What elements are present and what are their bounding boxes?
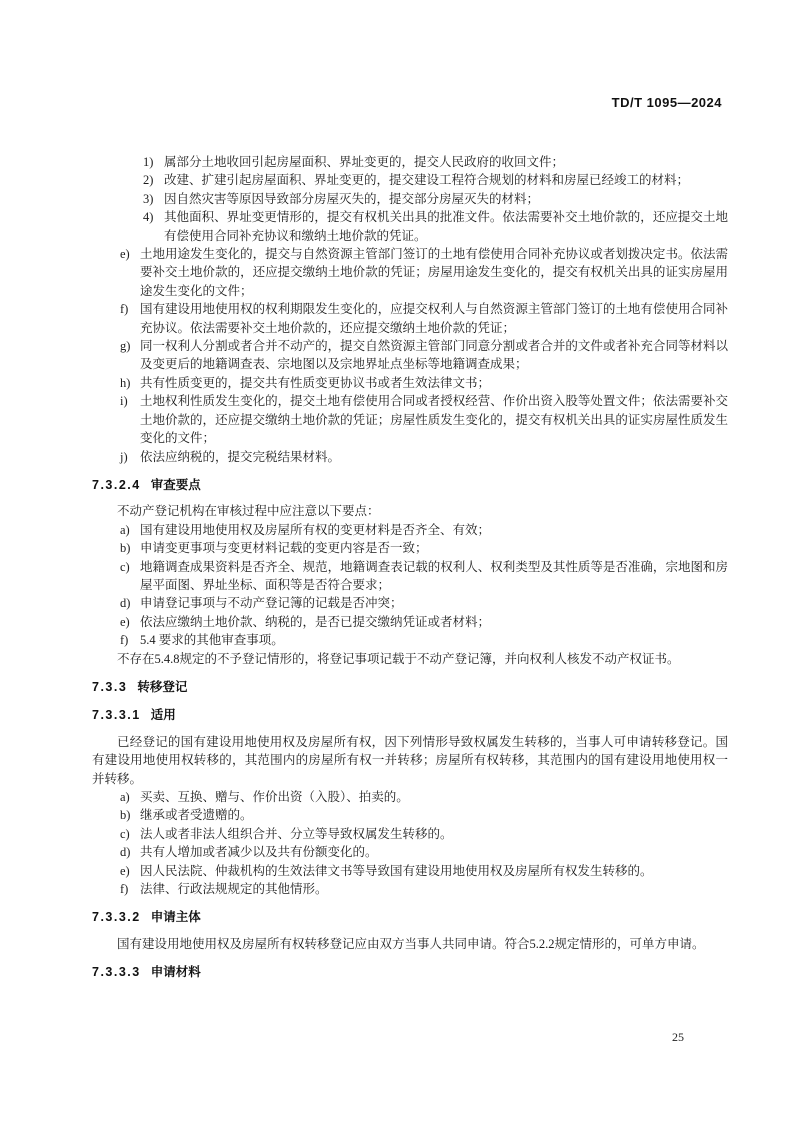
- list-item: j)依法应纳税的，提交完税结果材料。: [92, 448, 728, 466]
- list-item-text: 国有建设用地使用权及房屋所有权的变更材料是否齐全、有效；: [140, 523, 490, 537]
- paragraph: 国有建设用地使用权及房屋所有权转移登记应由双方当事人共同申请。符合5.2.2规定…: [92, 935, 728, 953]
- list-item-text: 法人或者非法人组织合并、分立等导致权属发生转移的。: [140, 827, 453, 841]
- list-item-text: 因人民法院、仲裁机构的生效法律文书等导致国有建设用地使用权及房屋所有权发生转移的…: [140, 864, 653, 878]
- list-item-label: 4): [143, 208, 153, 226]
- list-item-label: a): [120, 788, 130, 806]
- list-item: f)国有建设用地使用权的权利期限发生变化的，应提交权利人与自然资源主管部门签订的…: [92, 300, 728, 337]
- list-item: g)同一权利人分割或者合并不动产的，提交自然资源主管部门同意分割或者合并的文件或…: [92, 337, 728, 374]
- list-item: b)申请变更事项与变更材料记载的变更内容是否一致；: [92, 539, 728, 557]
- list-item-label: c): [120, 825, 130, 843]
- list-item-text: 属部分土地收回引起房屋面积、界址变更的，提交人民政府的收回文件；: [164, 155, 564, 169]
- section-number: 7.3.3.1: [92, 708, 141, 722]
- list-item-text: 地籍调查成果资料是否齐全、规范，地籍调查表记载的权利人、权利类型及其性质等是否准…: [140, 560, 728, 592]
- list-item-label: 3): [143, 190, 153, 208]
- list-item: f)法律、行政法规规定的其他情形。: [92, 880, 728, 898]
- list-item-label: f): [120, 300, 128, 318]
- doc-code: TD/T 1095—2024: [612, 95, 722, 110]
- list-item: f)5.4 要求的其他审查事项。: [92, 631, 728, 649]
- list-item: 4)其他面积、界址变更情形的，提交有权机关出具的批准文件。依法需要补交土地价款的…: [92, 208, 728, 245]
- list-item-label: j): [120, 448, 128, 466]
- list-item: e)依法应缴纳土地价款、纳税的，是否已提交缴纳凭证或者材料；: [92, 613, 728, 631]
- paragraph: 不动产登记机构在审核过程中应注意以下要点：: [92, 502, 728, 520]
- list-item: c)地籍调查成果资料是否齐全、规范，地籍调查表记载的权利人、权利类型及其性质等是…: [92, 558, 728, 595]
- list-item-text: 依法应纳税的，提交完税结果材料。: [140, 450, 340, 464]
- section-number: 7.3.3.3: [92, 965, 141, 979]
- list-item-label: 1): [143, 153, 153, 171]
- list-item: d)共有人增加或者减少以及共有份额变化的。: [92, 843, 728, 861]
- list-item-text: 共有性质变更的，提交共有性质变更协议书或者生效法律文书；: [140, 376, 490, 390]
- list-item-text: 土地用途发生变化的，提交与自然资源主管部门签订的土地有偿使用合同补充协议或者划拨…: [140, 247, 728, 298]
- list-item-text: 土地权利性质发生变化的，提交土地有偿使用合同或者授权经营、作价出资入股等处置文件…: [140, 394, 728, 445]
- section-title: 审查要点: [151, 478, 201, 492]
- list-item-text: 依法应缴纳土地价款、纳税的，是否已提交缴纳凭证或者材料；: [140, 615, 490, 629]
- list-item-text: 申请登记事项与不动产登记簿的记载是否冲突；: [140, 596, 403, 610]
- list-item: 3)因自然灾害等原因导致部分房屋灭失的，提交部分房屋灭失的材料；: [92, 190, 728, 208]
- list-item: d)申请登记事项与不动产登记簿的记载是否冲突；: [92, 594, 728, 612]
- section-number: 7.3.2.4: [92, 478, 141, 492]
- list-item: 1)属部分土地收回引起房屋面积、界址变更的，提交人民政府的收回文件；: [92, 153, 728, 171]
- list-item-label: b): [120, 539, 130, 557]
- list-item-label: e): [120, 613, 130, 631]
- list-item-text: 共有人增加或者减少以及共有份额变化的。: [140, 845, 378, 859]
- list-item-label: 2): [143, 171, 153, 189]
- list-item: a)国有建设用地使用权及房屋所有权的变更材料是否齐全、有效；: [92, 521, 728, 539]
- list-item: b)继承或者受遗赠的。: [92, 806, 728, 824]
- list-item-label: h): [120, 374, 130, 392]
- list-item-label: d): [120, 843, 130, 861]
- list-item-text: 法律、行政法规规定的其他情形。: [140, 882, 328, 896]
- list-item-label: g): [120, 337, 130, 355]
- list-item-text: 买卖、互换、赠与、作价出资（入股）、拍卖的。: [140, 790, 409, 804]
- list-item-text: 因自然灾害等原因导致部分房屋灭失的，提交部分房屋灭失的材料；: [164, 192, 539, 206]
- section-heading: 7.3.3.3申请材料: [92, 963, 728, 981]
- list-item-label: f): [120, 880, 128, 898]
- list-item: c)法人或者非法人组织合并、分立等导致权属发生转移的。: [92, 825, 728, 843]
- list-item: e)土地用途发生变化的，提交与自然资源主管部门签订的土地有偿使用合同补充协议或者…: [92, 245, 728, 300]
- list-item-text: 改建、扩建引起房屋面积、界址变更的，提交建设工程符合规划的材料和房屋已经竣工的材…: [164, 173, 689, 187]
- section-heading: 7.3.3.1适用: [92, 706, 728, 724]
- list-item: a)买卖、互换、赠与、作价出资（入股）、拍卖的。: [92, 788, 728, 806]
- list-item-text: 国有建设用地使用权的权利期限发生变化的，应提交权利人与自然资源主管部门签订的土地…: [140, 302, 728, 334]
- list-item-text: 其他面积、界址变更情形的，提交有权机关出具的批准文件。依法需要补交土地价款的，还…: [164, 210, 728, 242]
- section-title: 转移登记: [137, 680, 187, 694]
- list-item-text: 继承或者受遗赠的。: [140, 808, 253, 822]
- section-title: 适用: [151, 708, 176, 722]
- list-item: h)共有性质变更的，提交共有性质变更协议书或者生效法律文书；: [92, 374, 728, 392]
- list-item-label: i): [120, 392, 128, 410]
- list-item-label: d): [120, 594, 130, 612]
- list-item-label: e): [120, 245, 130, 263]
- list-item-text: 5.4 要求的其他审查事项。: [140, 633, 284, 647]
- list-item-text: 同一权利人分割或者合并不动产的，提交自然资源主管部门同意分割或者合并的文件或者补…: [140, 339, 728, 371]
- section-heading: 7.3.3转移登记: [92, 678, 728, 696]
- section-number: 7.3.3.2: [92, 910, 141, 924]
- list-item: i)土地权利性质发生变化的，提交土地有偿使用合同或者授权经营、作价出资入股等处置…: [92, 392, 728, 447]
- list-item-label: a): [120, 521, 130, 539]
- section-number: 7.3.3: [92, 680, 127, 694]
- list-item: 2)改建、扩建引起房屋面积、界址变更的，提交建设工程符合规划的材料和房屋已经竣工…: [92, 171, 728, 189]
- list-item: e)因人民法院、仲裁机构的生效法律文书等导致国有建设用地使用权及房屋所有权发生转…: [92, 862, 728, 880]
- list-item-label: e): [120, 862, 130, 880]
- section-heading: 7.3.2.4审查要点: [92, 476, 728, 494]
- list-item-label: b): [120, 806, 130, 824]
- list-item-text: 申请变更事项与变更材料记载的变更内容是否一致；: [140, 541, 428, 555]
- list-item-label: c): [120, 558, 130, 576]
- page-number: 25: [672, 1030, 684, 1045]
- paragraph: 不存在5.4.8规定的不予登记情形的，将登记事项记载于不动产登记簿，并向权利人核…: [92, 650, 728, 668]
- section-title: 申请材料: [151, 965, 201, 979]
- list-item-label: f): [120, 631, 128, 649]
- section-heading: 7.3.3.2申请主体: [92, 908, 728, 926]
- content-blocks: 1)属部分土地收回引起房屋面积、界址变更的，提交人民政府的收回文件；2)改建、扩…: [92, 153, 728, 990]
- paragraph: 已经登记的国有建设用地使用权及房屋所有权，因下列情形导致权属发生转移的，当事人可…: [92, 733, 728, 788]
- section-title: 申请主体: [151, 910, 201, 924]
- page: TD/T 1095—2024 1)属部分土地收回引起房屋面积、界址变更的，提交人…: [0, 0, 794, 1122]
